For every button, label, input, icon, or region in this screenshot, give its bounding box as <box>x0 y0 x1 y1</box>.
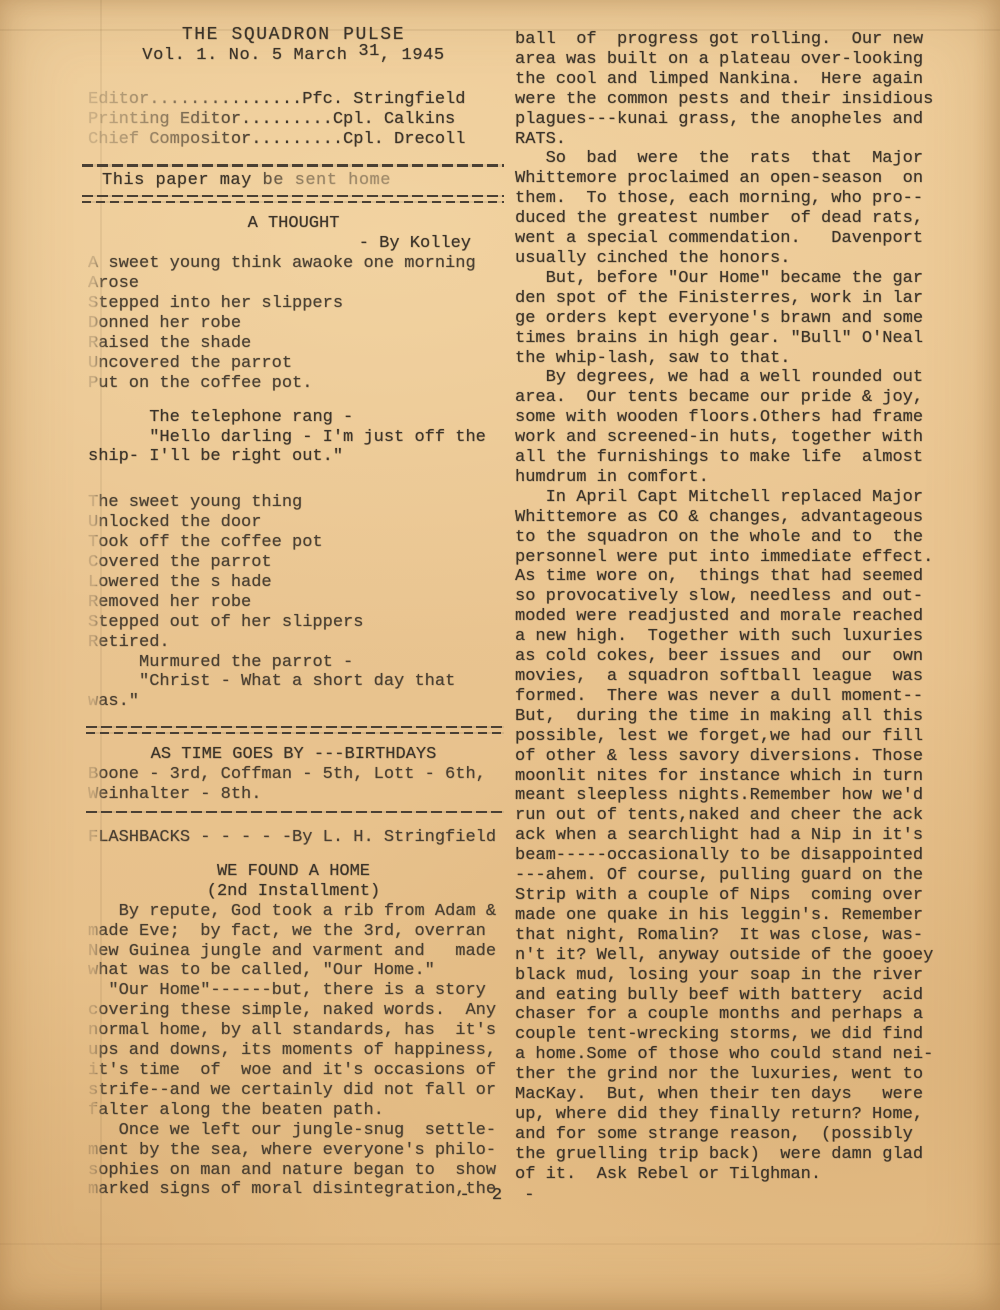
horizontal-fold-crease-lower <box>0 1243 1000 1245</box>
mailing-banner: This paper may be sent home <box>84 164 504 205</box>
birthdays-list: Boone - 3rd, Coffman - 5th, Lott - 6th, … <box>88 765 499 805</box>
story-title: WE FOUND A HOME <box>88 862 499 882</box>
thought-stanza-1: A sweet young think awaoke one morning A… <box>88 254 499 393</box>
section-divider-2 <box>86 811 504 814</box>
right-column: ball of progress got rolling. Our new ar… <box>505 0 1000 1200</box>
left-column: THE SQUADRON PULSE Vol. 1. No. 5 March 3… <box>0 0 505 1200</box>
thought-stanza-3: The sweet young thing Unlocked the door … <box>88 493 499 712</box>
section-divider-1 <box>86 726 504 735</box>
banner-text: This paper may be sent home <box>84 167 504 196</box>
issue-suffix: , 1945 <box>380 46 445 65</box>
issue-day: 31 <box>358 42 380 61</box>
story-subtitle: (2nd Installment) <box>88 882 499 902</box>
banner-bottom-rule <box>82 195 504 204</box>
birthdays-heading: AS TIME GOES BY ---BIRTHDAYS <box>88 745 499 765</box>
story-body-right: ball of progress got rolling. Our new ar… <box>515 30 970 1185</box>
page-number: - 2 - <box>0 1186 1000 1206</box>
story-body-left: By repute, God took a rib from Adam & ma… <box>88 902 499 1201</box>
masthead-credits: Editor...............Pfc. Stringfield Pr… <box>88 90 499 150</box>
newsletter-title: THE SQUADRON PULSE <box>88 26 499 46</box>
newsletter-page: THE SQUADRON PULSE Vol. 1. No. 5 March 3… <box>0 0 1000 1310</box>
thought-stanza-2: The telephone rang - "Hello darling - I'… <box>88 408 499 468</box>
thought-byline: - By Kolley <box>88 234 499 254</box>
flashbacks-byline: FLASHBACKS - - - - -By L. H. Stringfield <box>88 828 499 848</box>
thought-heading: A THOUGHT <box>88 214 499 234</box>
two-column-layout: THE SQUADRON PULSE Vol. 1. No. 5 March 3… <box>0 0 1000 1200</box>
issue-prefix: Vol. 1. No. 5 March <box>142 46 358 65</box>
issue-line: Vol. 1. No. 5 March 31, 1945 <box>88 46 499 66</box>
